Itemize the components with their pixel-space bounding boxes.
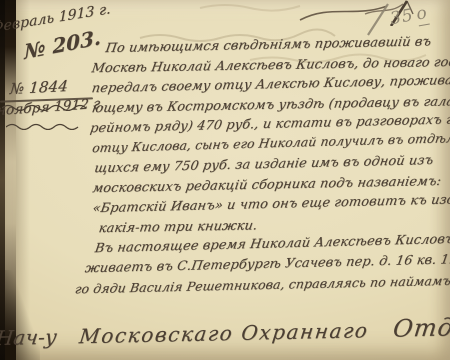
footer-addressee-line: Нач-у Московскаго Охраннаго Отдѣленія [0,313,450,351]
margin-ref-number: № 1844 [9,77,69,98]
pencil-slash-mark [366,2,392,36]
page-left-edge-dark-line [0,0,5,360]
footer-addressee: Нач-у [0,325,58,350]
signature-flourish: Отдѣленія [392,311,450,342]
manuscript-page: 35о Февраль 1913 г. № 203. № 1844 ноября… [0,0,450,360]
footer-organization: Московскаго Охраннаго [78,318,370,348]
folio-number: 35 [389,5,416,29]
letter-body: По имѣющимся свѣдѣніямъ проживавшій въ М… [91,39,450,301]
margin-ref-date-underline [6,122,86,130]
margin-entry-number: № 203. [24,25,102,64]
